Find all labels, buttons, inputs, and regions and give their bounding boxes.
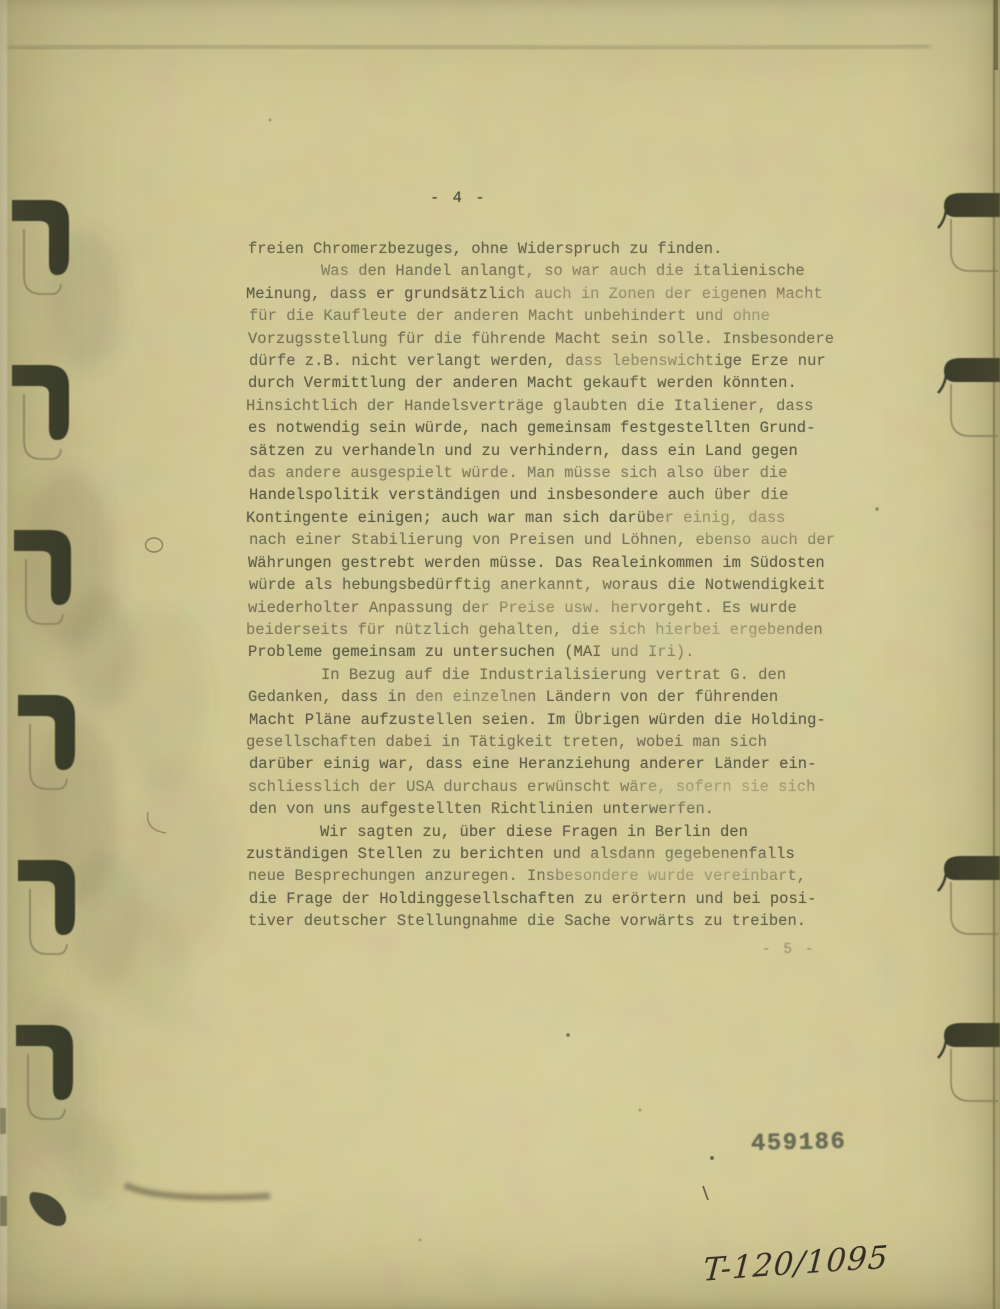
page-number-bottom: - 5 -	[762, 942, 816, 958]
typewritten-line: darüber einig war, dass eine Heranziehun…	[249, 753, 889, 775]
typewritten-text-block: freien Chromerzbezuges, ohne Widerspruch…	[248, 238, 888, 933]
typewritten-line: Macht Pläne aufzustellen seien. Im Übrig…	[249, 709, 889, 731]
typewritten-line: gesellschaften dabei in Tätigkeit treten…	[246, 731, 886, 753]
typewritten-line: In Bezug auf die Industrialisierung vert…	[249, 664, 889, 686]
typewritten-line: tiver deutscher Stellungnahme die Sache …	[248, 910, 888, 932]
typewritten-line: Probleme gemeinsam zu untersuchen (MAI u…	[248, 641, 888, 663]
typewritten-line: wiederholter Anpassung der Preise usw. h…	[248, 597, 888, 619]
typewritten-line: zuständigen Stellen zu berichten und als…	[246, 843, 886, 865]
typewritten-line: Handelspolitik verständigen und insbeson…	[249, 484, 889, 506]
typewritten-line: den von uns aufgestellten Richtlinien un…	[249, 798, 889, 820]
typewritten-line: neue Besprechungen anzuregen. Insbesonde…	[248, 865, 888, 887]
typewritten-line: es notwendig sein würde, nach gemeinsam …	[248, 417, 888, 439]
typewritten-line: würde als hebungsbedürftig anerkannt, wo…	[249, 574, 889, 596]
page-number-top: - 4 -	[430, 189, 487, 207]
typewritten-line: freien Chromerzbezuges, ohne Widerspruch…	[248, 238, 888, 260]
typewritten-line: Wir sagten zu, über diese Fragen in Berl…	[248, 821, 888, 843]
archive-stamp-number: 459186	[751, 1129, 847, 1158]
typewritten-line: Währungen gestrebt werden müsse. Das Rea…	[248, 552, 888, 574]
typewritten-line: sätzen zu verhandeln und zu verhindern, …	[249, 440, 889, 462]
typewritten-line: Kontingente einigen; auch war man sich d…	[246, 507, 886, 529]
typewritten-line: für die Kaufleute der anderen Macht unbe…	[249, 305, 889, 327]
typewritten-line: Was den Handel anlangt, so war auch die …	[249, 260, 889, 282]
typewritten-line: dürfe z.B. nicht verlangt werden, dass l…	[249, 350, 889, 372]
typewritten-line: das andere ausgespielt würde. Man müsse …	[248, 462, 888, 484]
typewritten-line: Gedanken, dass in den einzelnen Ländern …	[248, 686, 888, 708]
typewritten-line: Meinung, dass er grundsätzlich auch in Z…	[246, 283, 886, 305]
typewritten-line: die Frage der Holdinggesellschaften zu e…	[249, 888, 889, 910]
typewritten-line: durch Vermittlung der anderen Macht geka…	[248, 372, 888, 394]
typewritten-line: beiderseits für nützlich gehalten, die s…	[246, 619, 886, 641]
typewritten-line: Vorzugsstellung für die führende Macht s…	[248, 328, 888, 350]
typewritten-line: nach einer Stabilierung von Preisen und …	[249, 529, 889, 551]
typewritten-line: Hinsichtlich der Handelsverträge glaubte…	[246, 395, 886, 417]
typewritten-line: schliesslich der USA durchaus erwünscht …	[248, 776, 888, 798]
